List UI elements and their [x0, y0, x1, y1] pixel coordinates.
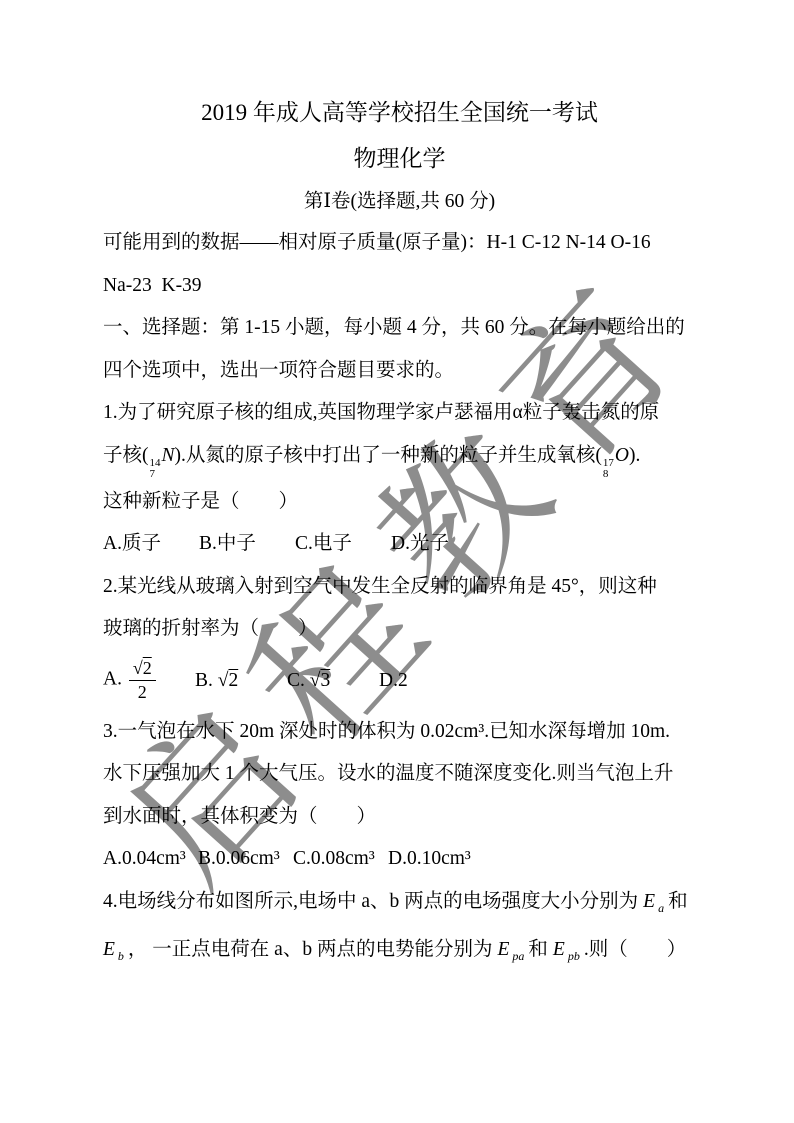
question-4-line-1: 4.电场线分布如图所示,电场中 a、b 两点的电场强度大小分别为Ea和 — [103, 881, 696, 930]
radicand: 3 — [320, 670, 330, 691]
E-symbol: E — [103, 939, 115, 960]
q1-line2-prefix: 子核( — [103, 445, 149, 466]
q1-option-c: C.电子 — [295, 523, 391, 566]
field-strength-Eb: E — [103, 939, 115, 960]
data-note-line-2: Na-23 K-39 — [103, 265, 696, 308]
data-note-line-1: 可能用到的数据——相对原子质量(原子量)：H-1 C-12 N-14 O-16 — [103, 222, 696, 265]
field-strength-Ea: E — [643, 891, 655, 912]
nuclide-nitrogen-z: 7 — [150, 469, 161, 481]
q4-line2-tail: .则（ ） — [584, 939, 686, 960]
radical-sign: √ — [133, 658, 143, 678]
Eb-subscript: b — [118, 949, 124, 963]
E-symbol: E — [497, 939, 509, 960]
radicand: 2 — [228, 670, 238, 691]
nuclide-oxygen-numbers: 178 — [603, 458, 614, 481]
question-2-options: A. √22 B. √2 C. √3 D.2 — [103, 651, 696, 711]
question-1-line-1: 1.为了研究原子核的组成,英国物理学家卢瑟福用α粒子轰击氮的原 — [103, 392, 696, 435]
question-3-options: A.0.04cm³B.0.06cm³C.0.08cm³D.0.10cm³ — [103, 838, 696, 881]
Ea-subscript: a — [658, 901, 664, 915]
q2-option-b-label: B. — [195, 670, 213, 691]
q4-line1-tail: 和 — [668, 891, 688, 912]
instruction-line-2: 四个选项中，选出一项符合题目要求的。 — [103, 350, 696, 393]
q2-option-c-label: C. — [287, 670, 305, 691]
q2-option-a-label: A. — [103, 669, 122, 690]
question-2-line-2: 玻璃的折射率为（ ） — [103, 608, 696, 651]
question-2-line-1: 2.某光线从玻璃入射到空气中发生全反射的临界角是 45°，则这种 — [103, 566, 696, 609]
q2-option-c: C. √3 — [287, 670, 379, 692]
q2-option-d: D.2 — [379, 670, 471, 692]
exam-page: 启程教育 2019 年成人高等学校招生全国统一考试 物理化学 第Ⅰ卷(选择题,共… — [0, 0, 794, 1123]
q1-option-b: B.中子 — [199, 523, 295, 566]
q2-option-b: B. √2 — [195, 670, 287, 692]
section-heading: 第Ⅰ卷(选择题,共 60 分) — [103, 182, 696, 222]
question-1-line-2: 子核(147N).从氮的原子核中打出了一种新的粒子并生成氧核(178O). — [103, 435, 696, 481]
q2-fraction-numerator: √2 — [129, 658, 156, 681]
q4-line2-text: ， 一正点电荷在 a、b 两点的电势能分别为 — [128, 939, 493, 960]
q4-line1-text: 4.电场线分布如图所示,电场中 a、b 两点的电场强度大小分别为 — [103, 891, 638, 912]
q1-line2-suffix: ). — [629, 445, 640, 466]
q1-option-d: D.光子 — [391, 523, 487, 566]
potential-energy-Epb: E — [553, 939, 565, 960]
Epb-subscript: pb — [568, 949, 580, 963]
q3-option-b: B.0.06cm³ — [198, 838, 293, 881]
Epa-subscript: pa — [512, 949, 524, 963]
q4-line2-and: 和 — [528, 939, 548, 960]
E-symbol: E — [643, 891, 655, 912]
q3-option-d: D.0.10cm³ — [388, 838, 483, 881]
q2-fraction-denominator: 2 — [129, 681, 156, 703]
instruction-line-1: 一、选择题：第 1-15 小题，每小题 4 分，共 60 分。在每小题给出的 — [103, 307, 696, 350]
E-symbol: E — [553, 939, 565, 960]
question-1-line-3: 这种新粒子是（ ） — [103, 481, 696, 524]
exam-title: 2019 年成人高等学校招生全国统一考试 — [103, 90, 696, 136]
question-3-line-2: 水下压强加大 1 个大气压。设水的温度不随深度变化.则当气泡上升 — [103, 753, 696, 796]
q2-option-a-fraction: √22 — [129, 658, 156, 702]
nuclide-oxygen-z: 8 — [603, 469, 614, 481]
nuclide-nitrogen-numbers: 147 — [150, 458, 161, 481]
radicand: 2 — [143, 658, 152, 678]
nuclide-oxygen-symbol: O — [615, 445, 629, 466]
question-3-line-3: 到水面时，其体积变为（ ） — [103, 796, 696, 839]
question-4-line-2: Eb， 一正点电荷在 a、b 两点的电势能分别为Epa和Epb.则（ ） — [103, 929, 696, 978]
exam-subject: 物理化学 — [103, 136, 696, 182]
q1-line2-mid: ).从氮的原子核中打出了一种新的粒子并生成氧核( — [175, 445, 602, 466]
q3-option-c: C.0.08cm³ — [293, 838, 388, 881]
exam-content: 2019 年成人高等学校招生全国统一考试 物理化学 第Ⅰ卷(选择题,共 60 分… — [0, 0, 794, 1123]
potential-energy-Epa: E — [497, 939, 509, 960]
q1-option-a: A.质子 — [103, 523, 199, 566]
nuclide-nitrogen-symbol: N — [162, 445, 175, 466]
radical-sign: √ — [310, 670, 321, 691]
q2-option-a: A. √22 — [103, 658, 195, 702]
question-1-options: A.质子B.中子C.电子D.光子 — [103, 523, 696, 566]
q3-option-a: A.0.04cm³ — [103, 838, 198, 881]
question-3-line-1: 3.一气泡在水下 20m 深处时的体积为 0.02cm³.已知水深每增加 10m… — [103, 711, 696, 754]
radical-sign: √ — [218, 670, 229, 691]
